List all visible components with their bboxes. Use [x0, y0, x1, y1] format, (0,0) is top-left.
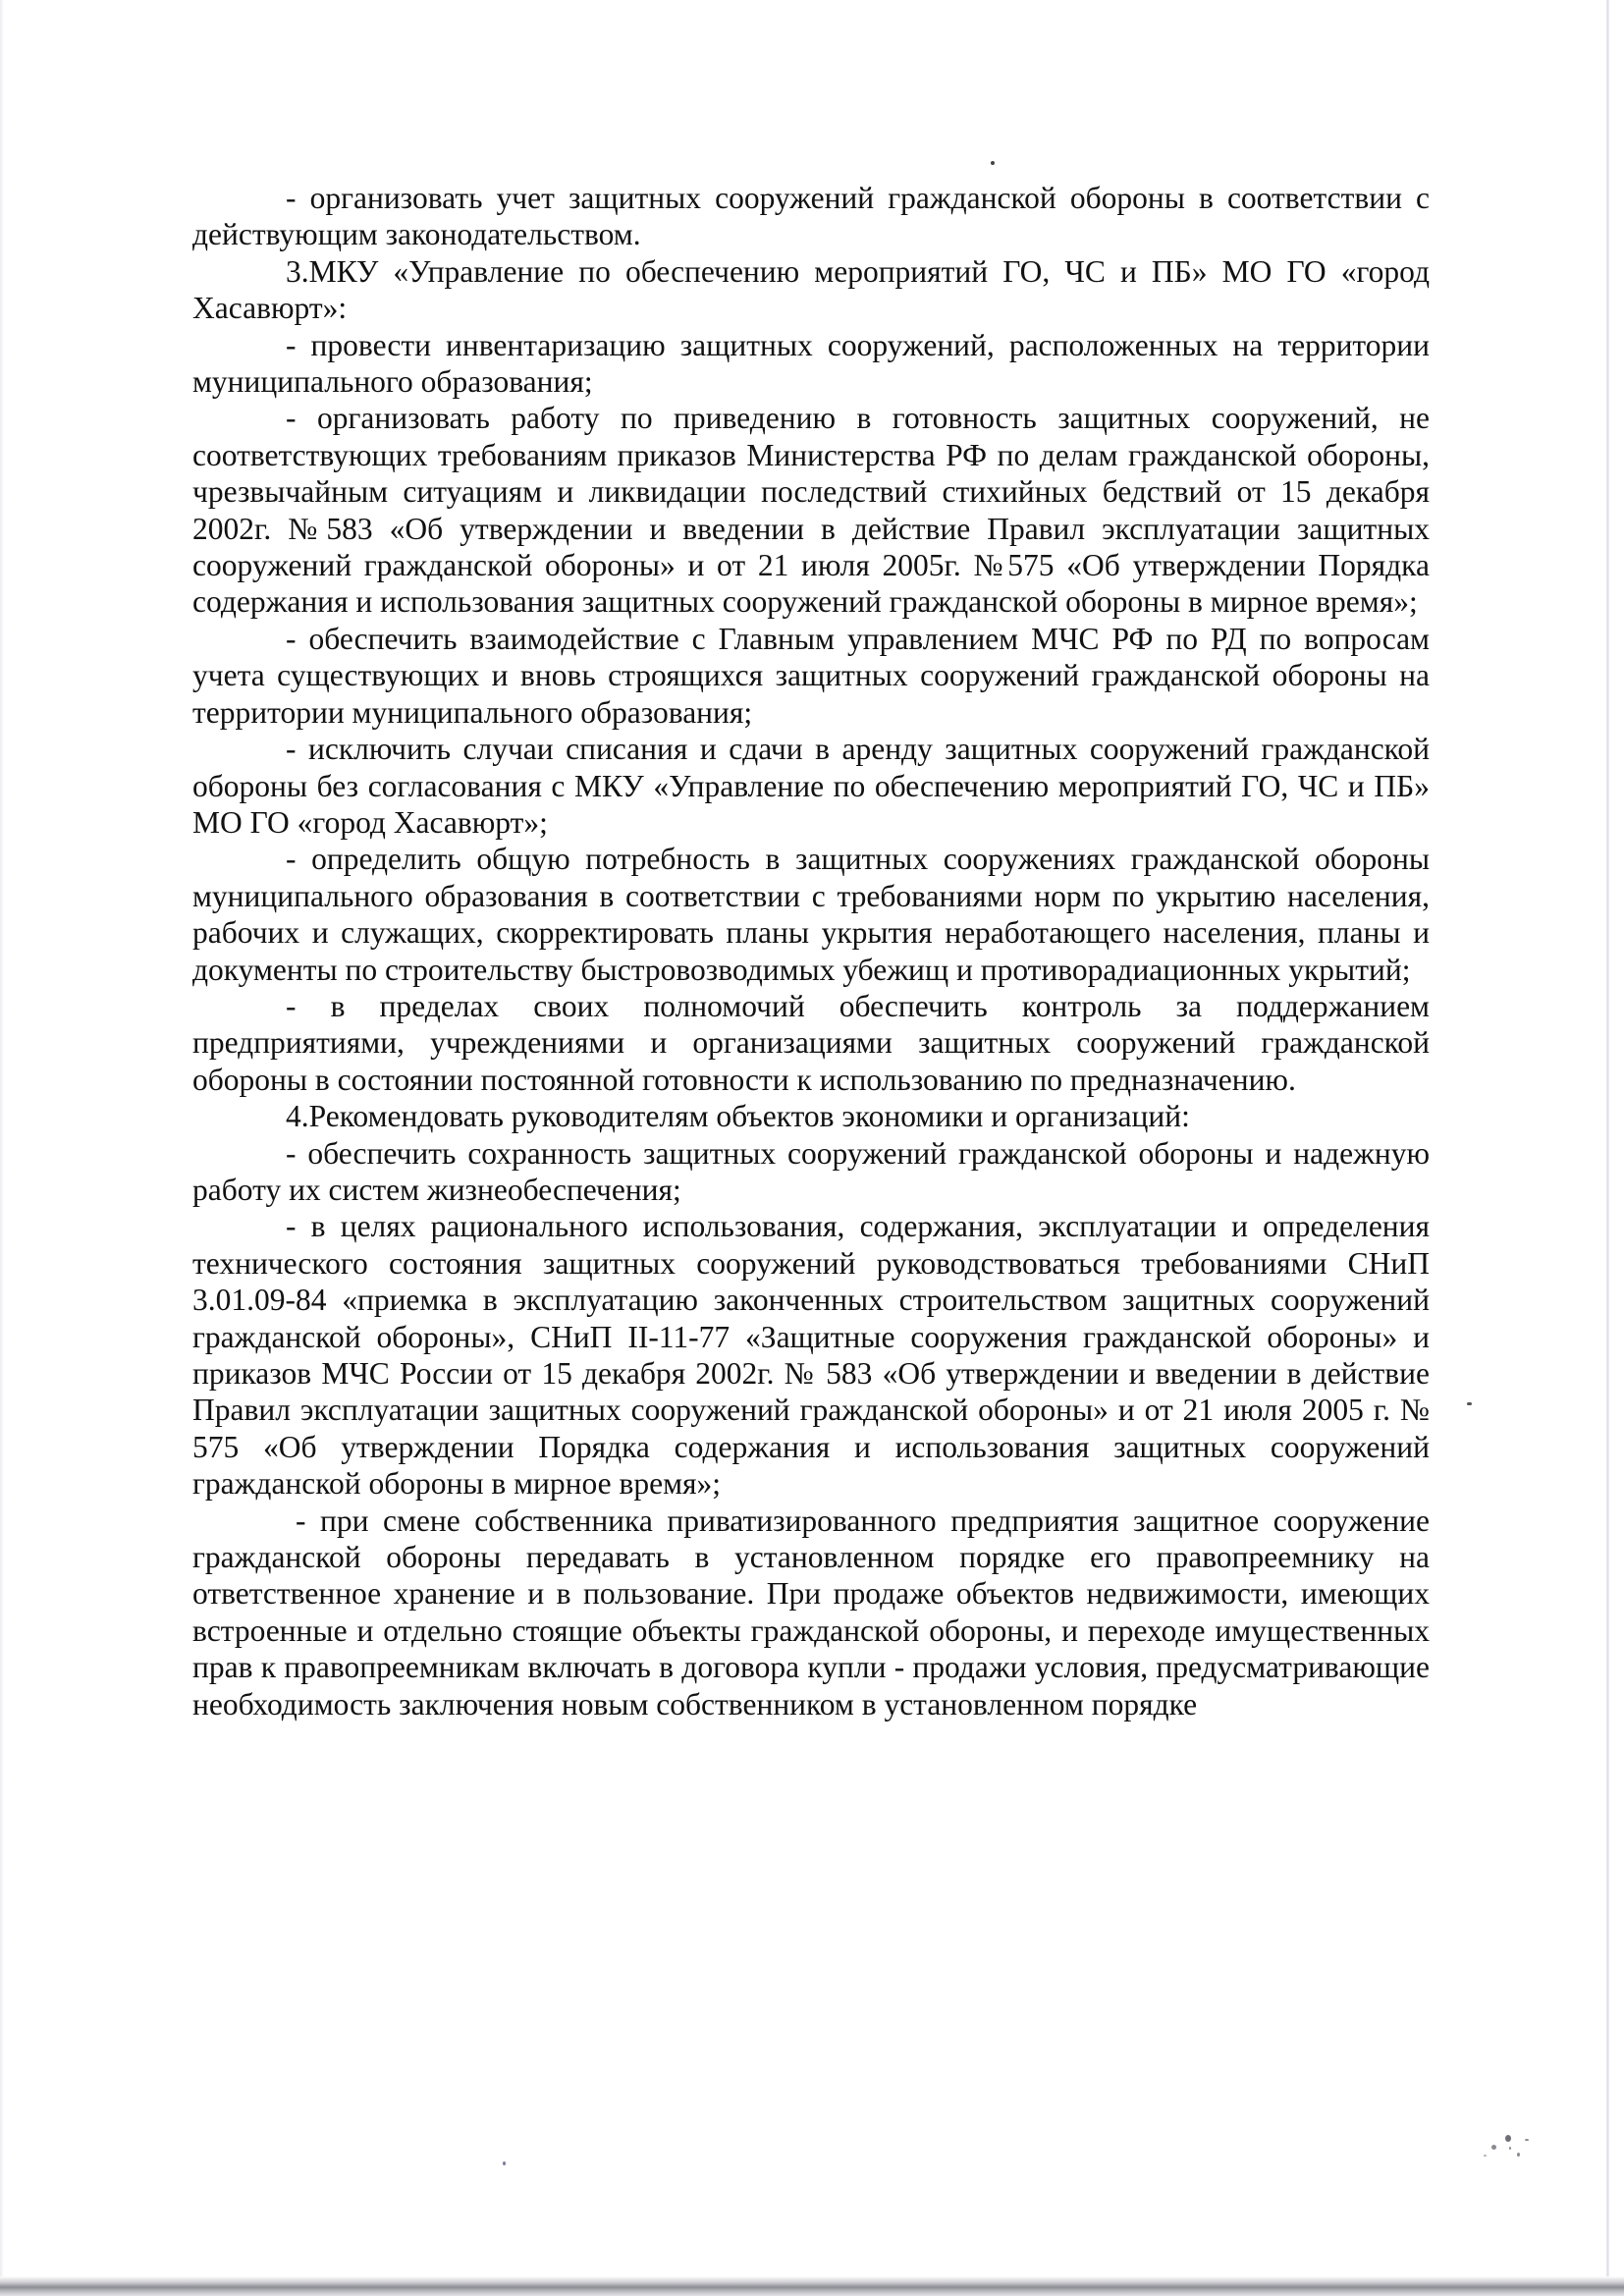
scan-speck-right: [1467, 1402, 1472, 1405]
paragraph-needs-assessment-clause: - определить общую потребность в защитны…: [192, 841, 1430, 988]
scan-bottom-edge: [0, 2276, 1624, 2296]
scanned-page: - организовать учет защитных сооружений …: [0, 0, 1624, 2296]
paragraph-section-4-heading: 4.Рекомендовать руководителям объектов э…: [192, 1098, 1430, 1134]
paragraph-readiness-clause: - организовать работу по приведению в го…: [192, 400, 1430, 620]
paragraph-control-clause: - в пределах своих полномочий обеспечить…: [192, 988, 1430, 1098]
scan-speck-bottom: [503, 2161, 506, 2165]
paragraph-item-1-clause: - организовать учет защитных сооружений …: [192, 180, 1430, 253]
paragraph-preservation-clause: - обеспечить сохранность защитных сооруж…: [192, 1135, 1430, 1209]
paragraph-no-writeoff-clause: - исключить случаи списания и сдачи в ар…: [192, 731, 1430, 841]
paragraph-section-3-heading: 3.МКУ «Управление по обеспечению меропри…: [192, 253, 1430, 327]
paragraph-inventory-clause: - провести инвентаризацию защитных соору…: [192, 327, 1430, 401]
scan-speck-cluster: [1478, 2131, 1537, 2170]
document-body: - организовать учет защитных сооружений …: [192, 180, 1430, 1722]
paragraph-regulations-clause: - в целях рационального использования, с…: [192, 1208, 1430, 1502]
paragraph-ownership-change-clause: - при смене собственника приватизированн…: [192, 1503, 1430, 1722]
scan-right-edge-line: [1606, 0, 1609, 2276]
paragraph-cooperation-clause: - обеспечить взаимодействие с Главным уп…: [192, 621, 1430, 731]
scan-speck-top: [991, 161, 995, 165]
scan-left-edge: [0, 0, 4, 2296]
